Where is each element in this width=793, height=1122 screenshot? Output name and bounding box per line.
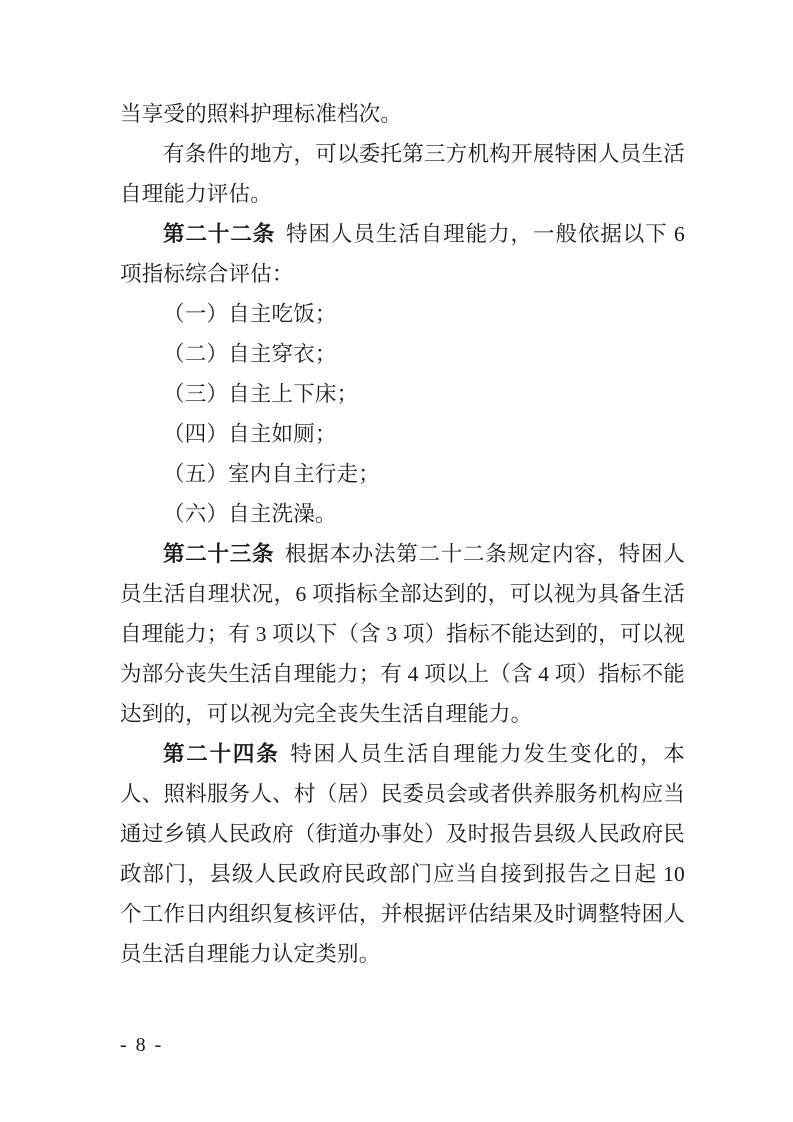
- list-item-1: （一）自主吃饭；: [120, 294, 685, 334]
- article-24-paragraph: 第二十四条特困人员生活自理能力发生变化的，本人、照料服务人、村（居）民委员会或者…: [120, 734, 685, 974]
- article-23-text: 根据本办法第二十二条规定内容，特困人员生活自理状况，6 项指标全部达到的，可以视…: [120, 542, 685, 726]
- list-item-4: （四）自主如厕；: [120, 414, 685, 454]
- article-22-paragraph: 第二十二条特困人员生活自理能力，一般依据以下 6 项指标综合评估：: [120, 214, 685, 294]
- paragraph-continuation: 当享受的照料护理标准档次。: [120, 94, 685, 134]
- article-23-number: 第二十三条: [163, 542, 274, 566]
- list-item-6: （六）自主洗澡。: [120, 494, 685, 534]
- article-22-number: 第二十二条: [163, 222, 275, 246]
- document-body: 当享受的照料护理标准档次。 有条件的地方，可以委托第三方机构开展特困人员生活自理…: [120, 94, 685, 974]
- list-item-3: （三）自主上下床；: [120, 374, 685, 414]
- article-23-paragraph: 第二十三条根据本办法第二十二条规定内容，特困人员生活自理状况，6 项指标全部达到…: [120, 534, 685, 734]
- paragraph-third-party-evaluation: 有条件的地方，可以委托第三方机构开展特困人员生活自理能力评估。: [120, 134, 685, 214]
- article-24-text: 特困人员生活自理能力发生变化的，本人、照料服务人、村（居）民委员会或者供养服务机…: [120, 742, 685, 966]
- document-page: 当享受的照料护理标准档次。 有条件的地方，可以委托第三方机构开展特困人员生活自理…: [0, 0, 793, 1122]
- list-item-2: （二）自主穿衣；: [120, 334, 685, 374]
- article-24-number: 第二十四条: [163, 742, 280, 766]
- list-item-5: （五）室内自主行走；: [120, 454, 685, 494]
- page-number: - 8 -: [120, 1032, 163, 1058]
